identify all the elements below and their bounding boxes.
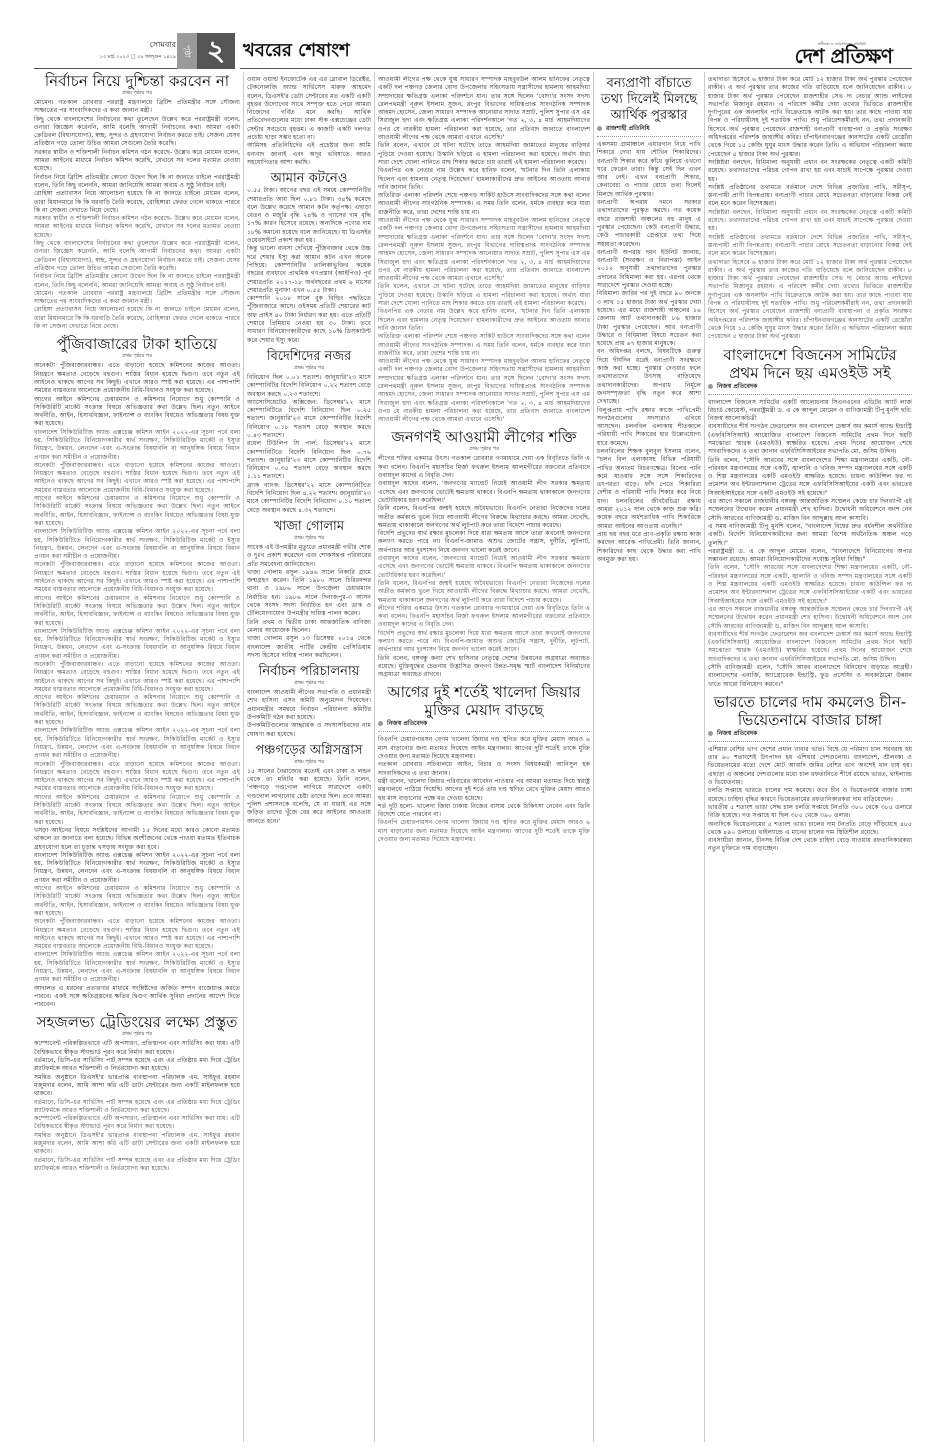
article-khaja: খাজা গোলাম প্রথম পৃষ্ঠার পর সাবেক এই উপম… xyxy=(247,519,371,660)
paragraph: ব্র্যাক ব্যাংক: ডিসেম্বর'২২ মাসে কোম্পান… xyxy=(247,482,371,515)
paragraph: আগের আইনে কমিশনের চেয়ারম্যান ও কমিশনার … xyxy=(34,396,240,429)
section-title: খবরের শেষাংশ xyxy=(243,40,350,62)
column-right: তথ্যদাতা হিসেবে ৬ হাজার টাকা করে মোট ১২ … xyxy=(708,76,912,1442)
column-divider xyxy=(374,72,375,1442)
headline: ভারতে চালের দাম কমলেও চীন-ভিয়েতনামে বাজ… xyxy=(708,693,912,729)
paragraph: মোমেন। গতকাল রোববার পররাষ্ট্র মন্ত্রণালয… xyxy=(34,290,240,307)
paragraph: অ্যাসোসিয়েটেড অক্সিজেন: ডিসেম্বর'২২ মাস… xyxy=(247,399,371,440)
paragraph: সৌদি বাণিজ্যমন্ত্রী বলেন, "সৌদি আরব বাংল… xyxy=(708,664,912,689)
continued-label: প্রথম পৃষ্ঠার পর xyxy=(34,90,240,97)
paragraph: রোহিঙ্গা প্রত্যাবাসন নিয়ে আলোচনা হয়েছে… xyxy=(34,190,240,215)
paragraph: চলনবিলের শিক্ষক বুলবুল ইসলাম বলেন, "চলন … xyxy=(597,448,701,531)
paragraph: বর্তমানে, ডিসি-এর সার্ভিসিং পার্ট সম্পন্… xyxy=(34,1057,240,1074)
paragraph: ব্যবসায়ীদের শীর্ষ সংগঠন ফেডারেশন অব বাং… xyxy=(708,631,912,664)
paragraph: ভারতীয় ৫ শতাংশ ভাঙা সেদ্ধ চাল চলতি সপ্ত… xyxy=(708,804,912,821)
paragraph: সংশ্লিষ্ট প্রতিষ্ঠানের তথ্যমতে বর্তমানে … xyxy=(708,234,912,259)
paragraph: এশিয়ার বেশির ভাগ দেশের প্রধান খাবার ভাত… xyxy=(708,746,912,787)
article-punjibazar: পুঁজিবাজারের টাকা হাতিয়ে প্রথম পৃষ্ঠার … xyxy=(34,335,240,1009)
column-divider xyxy=(704,72,705,1442)
paragraph: বিনিয়োগ ছিল ০.০১ শতাংশ। জানুয়ারি'২৩ মা… xyxy=(247,374,371,399)
page-number: ২ xyxy=(197,33,235,69)
paragraph: শর্ত দুটি হলো- খালেদা জিয়া ঢাকায় নিজের… xyxy=(378,803,590,820)
headline: বিদেশিদের নজর xyxy=(247,349,371,365)
paragraph: এর আগে সকালে রাজধানীর বঙ্গবন্ধু আন্তর্জা… xyxy=(708,606,912,631)
column-wildlife: বন্যপ্রাণী বাঁচাতে তথ্য দিলেই মিলছে আর্থ… xyxy=(597,76,701,1442)
paragraph: খাজা গোলাম রসুল ১৩ ডিসেম্বর ২০১৪ থেকে বা… xyxy=(247,635,371,660)
paragraph: বিএনপির এক নেতার নাম উল্লেখ করে হানিফ বল… xyxy=(378,167,590,192)
headline: নির্বাচন নিয়ে দুশ্চিন্তা করবেন না xyxy=(34,72,240,90)
paragraph: কিছু থেকে বাংলাদেশের নির্বাচনের কথা তুলে… xyxy=(34,116,240,149)
paragraph: কিন্তু ভালো ব্যবসা দেখিয়ে পুঁজিবাজার থে… xyxy=(247,245,371,295)
continued-label: প্রথম পৃষ্ঠার পর xyxy=(247,535,371,542)
continued-label: প্রথম পৃষ্ঠার পর xyxy=(34,1031,240,1038)
newspaper-logo: দেশ প্রতিক্ষণ xyxy=(776,45,911,67)
article-awami: আওয়ামী লীগের পক্ষ থেকে যুগ্ম সাধারণ সম্… xyxy=(378,76,590,424)
paragraph: আগের আইনে কমিশনের চেয়ারম্যান ও কমিশনার … xyxy=(34,495,240,528)
byline: রাজশাহী প্রতিনিধি xyxy=(597,124,701,137)
paragraph: এ সময় বাণিজ্যমন্ত্রী টিপু মুনশি বলেন, "… xyxy=(708,523,912,548)
paragraph: ১৫ সালের নৈরাজ্যের মতোই এবং ঢাকা ও লন্ডন… xyxy=(247,768,371,826)
masthead: সোমবার ১৩ মার্চ ২০২৩ □ ২৮ ফাল্গুন ১৪২৯ প… xyxy=(0,0,945,70)
paragraph: তথ্যদাতা হিসেবে ৬ হাজার টাকা করে মোট ১২ … xyxy=(708,76,912,159)
continued-label: প্রথম পৃষ্ঠার পর xyxy=(34,353,240,360)
paragraph: সমন্বিত অনুষ্ঠানে ডিএসই'র ভারপ্রাপ্ত ব্য… xyxy=(34,1074,240,1099)
paragraph: বিএনপির এক নেতার নাম উল্লেখ করে হানিফ বল… xyxy=(378,308,590,333)
header-rule xyxy=(240,68,912,69)
headline: বাংলাদেশে বিজনেস সামিটের প্রথম দিনে ছয় … xyxy=(708,346,912,382)
paragraph: অতিরিক্ত এলাকা পরিদর্শন শেষে পঞ্চগড় সার… xyxy=(378,192,590,217)
paragraph: তিনি বলেন, এখানে যে ঘটনা ঘটেছে তাতে আহমদ… xyxy=(378,283,590,308)
date-line: ১৩ মার্চ ২০২৩ □ ২৮ ফাল্গুন ১৪২৯ xyxy=(60,54,176,61)
paragraph: অনেকটা পুঁজিবাজারবান্ধব। এতে বাড়ানো হয়… xyxy=(34,761,240,794)
headline: পঞ্চগড়ের অগ্নিসন্ত্রাস xyxy=(247,743,371,759)
photo-caption: বাংলাদেশ বিজনেস সামিটের একটি আলোচনায় সি… xyxy=(708,399,912,424)
paragraph: আওয়ামী লীগের পক্ষ থেকে যুগ্ম সাধারণ সম্… xyxy=(378,217,590,283)
headline: বন্যপ্রাণী বাঁচাতে তথ্য দিলেই মিলছে আর্থ… xyxy=(597,76,701,124)
article-wildlife-continued: তথ্যদাতা হিসেবে ৬ হাজার টাকা করে মোট ১২ … xyxy=(708,76,912,342)
paragraph: আওয়ামী লীগের পক্ষ থেকে যুগ্ম সাধারণ সম্… xyxy=(378,358,590,424)
paragraph: সমন্বিত অনুষ্ঠানে ডিএসই'র ভারপ্রাপ্ত ব্য… xyxy=(34,1132,240,1157)
byline: নিজস্ব প্রতিবেদক xyxy=(708,729,912,742)
article-nirbachon-porichalona: নির্বাচন পরিচালনায় প্রথম পৃষ্ঠার পর বাং… xyxy=(247,664,371,739)
paragraph: সংশ্লিষ্টরা বলছেন, বিধিমালা অনুযায়ী প্র… xyxy=(708,159,912,184)
paragraph: কোম্পানি ২০১৮ সালে বুক বিল্ডিং পদ্ধতিতে … xyxy=(247,295,371,345)
paragraph: আদালত এ ধরনের প্রতারণার মাধ্যমে সংশ্লিষ্… xyxy=(34,985,240,1010)
paragraph: সরকার স্বাধীন ও শক্তিশালী নির্বাচন কমিশন… xyxy=(34,215,240,240)
continued-label: প্রথম পৃষ্ঠার পর xyxy=(247,759,371,766)
paragraph: অনেকটা পুঁজিবাজারবান্ধব। এতে বাড়ানো হয়… xyxy=(34,462,240,495)
headline: পুঁজিবাজারের টাকা হাতিয়ে xyxy=(34,335,240,353)
byline: নিজস্ব প্রতিবেদক xyxy=(378,719,590,732)
paragraph: অনেকটা পুঁজিবাজারবান্ধব। এতে বাড়ানো হয়… xyxy=(34,561,240,594)
article-bideshi: বিদেশিদের নজর প্রথম পৃষ্ঠার পর বিনিয়োগ … xyxy=(247,349,371,515)
paragraph: এর আগে সকালে রাজধানীর বঙ্গবন্ধু আন্তর্জা… xyxy=(708,498,912,523)
paragraph: ০.৫৫ টাকা। আগের বছর এই সময়ে কোম্পানিটির… xyxy=(247,187,371,245)
paragraph: বর্তমানে, ডিসি-এর সার্ভিসিং পার্ট সম্পন্… xyxy=(34,1099,240,1116)
column-center: আওয়ামী লীগের পক্ষ থেকে যুগ্ম সাধারণ সম্… xyxy=(378,76,590,1442)
paragraph: সংশ্লিষ্ট প্রতিষ্ঠানের তথ্যমতে বর্তমানে … xyxy=(708,184,912,209)
paragraph: তথ্যদাতা হিসেবে ৬ হাজার টাকা করে মোট ১২ … xyxy=(708,259,912,342)
paragraph: লীগের শক্তির একমাত্র উৎস। গতকাল রোববার গ… xyxy=(378,455,590,480)
paragraph: তিনি বলেন, এখানে যে ঘটনা ঘটেছে তাতে আহমদ… xyxy=(378,142,590,167)
weekday: সোমবার xyxy=(120,40,176,50)
paragraph: রোহিঙ্গা প্রত্যাবাসন নিয়ে আলোচনা হয়েছে… xyxy=(34,306,240,331)
paragraph: সংশ্লিষ্টরা বলছেন, বিধিমালা অনুযায়ী প্র… xyxy=(708,209,912,234)
paragraph: চলতি সপ্তাহে ভারতে চালের দাম কমেছে। তবে … xyxy=(708,787,912,804)
paragraph: উপকমিটিগুলোর আহ্বায়ক ও সদস্যসচিবদের নাম… xyxy=(247,722,371,739)
article-nirbachon: নির্বাচন নিয়ে দুশ্চিন্তা করবেন না প্রথম… xyxy=(34,72,240,331)
paragraph: মন্ত্রী বলেন, খালেদা জিয়ার পরিবারের আবে… xyxy=(378,778,590,803)
paragraph: আগের আইনে কমিশনের চেয়ারম্যান ও কমিশনার … xyxy=(34,694,240,727)
paragraph: বিলুপ্তপ্রায় পাখি রক্ষার কাজে পাখিপ্রেম… xyxy=(597,407,701,448)
headline: নির্বাচন পরিচালনায় xyxy=(247,664,371,680)
paragraph: বাংলাদেশ সিকিউরিটিজ অ্যান্ড এক্সচেঞ্জ কম… xyxy=(34,852,240,885)
paragraph: খসড়া আইনের বিষয়ে সংশ্লিষ্টদের আগামী ১৫… xyxy=(34,827,240,852)
paragraph: সাবেক এই উপমন্ত্রীর মৃত্যুতে প্রধানমন্ত্… xyxy=(247,544,371,569)
article-jonogon: জনগণই আওয়ামী লীগের শক্তি প্রথম পৃষ্ঠার … xyxy=(378,428,590,679)
paragraph: বন অধিদপ্তর বলছে, বিষয়টিকে গুরুত্ব দিয়… xyxy=(597,348,701,406)
paragraph: আগের আইনে কমিশনের চেয়ারম্যান ও কমিশনার … xyxy=(34,885,240,918)
paragraph: তিনি বলেন, "সৌদি আরবের সঙ্গে বাংলাদেশের … xyxy=(708,564,912,605)
paragraph: সরকার স্বাধীন ও শক্তিশালী নির্বাচন কমিশন… xyxy=(34,149,240,174)
paragraph: বাংলাদেশ সিকিউরিটিজ অ্যান্ড এক্সচেঞ্জ কম… xyxy=(34,429,240,462)
page-label: পৃষ্ঠা xyxy=(177,33,197,69)
paragraph: অন্যদিকে ভিয়েতনামের ৫ শতাংশ ভাঙা চালের … xyxy=(708,821,912,838)
headline: খাজা গোলাম xyxy=(247,519,371,535)
paragraph: মোমেন। গতকাল রোববার পররাষ্ট্র মন্ত্রণালয… xyxy=(34,99,240,116)
paragraph: বিধিমালা জারির পর দুই বছরে ৯০ জনকে ৩ লাখ… xyxy=(597,290,701,348)
paragraph: ব্যবসায়ীদের শীর্ষ সংগঠন ফেডারেশন অব বাং… xyxy=(708,423,912,456)
paragraph: বন্যপ্রাণী অপরাধ দমনে সরকার তথ্যদাতাদের … xyxy=(597,199,701,249)
paragraph: বাংলাদেশ সিকিউরিটিজ অ্যান্ড এক্সচেঞ্জ কম… xyxy=(34,528,240,561)
header-rule xyxy=(34,68,177,69)
column-divider xyxy=(593,72,594,1442)
paragraph: অনেকটা পুঁজিবাজারবান্ধব। এতে বাড়ানো হয়… xyxy=(34,661,240,694)
article-sohojlobhyo: সহজলভ্য ট্রেডিংয়ের লক্ষ্যে প্রস্তুত প্র… xyxy=(34,1013,240,1173)
paragraph: পররাষ্ট্রমন্ত্রী ড. এ কে আব্দুল মোমেন বল… xyxy=(708,548,912,565)
article-amon: আমান কটনেও ০.৫৫ টাকা। আগের বছর এই সময়ে … xyxy=(247,171,371,345)
paragraph: অতিরিক্ত এলাকা পরিদর্শন শেষে পঞ্চগড় সার… xyxy=(378,333,590,358)
article-khaleda: আগের দুই শর্তেই খালেদা জিয়ার মুক্তির মে… xyxy=(378,683,590,844)
continued-label: প্রথম পৃষ্ঠার পর xyxy=(247,365,371,372)
paragraph: বন্যপ্রাণী অপরাধ দমন ইউনিট জানায়, বন্যপ… xyxy=(597,249,701,290)
paragraph: ওয়ান ওয়ার্ল্ড ইনফোটেক এর এর গ্লোবাল ডি… xyxy=(247,76,371,142)
article-business-summit: বাংলাদেশে বিজনেস সামিটের প্রথম দিনে ছয় … xyxy=(708,346,912,689)
paragraph: আওয়ামী লীগের পক্ষ থেকে যুগ্ম সাধারণ সম্… xyxy=(378,76,590,142)
paragraph: গতকাল রোববার সচিবালয়ে আইন, বিচার ও সংসদ… xyxy=(378,761,590,778)
paragraph: খাজা গোলাম রসুল ১৯৪৬ সালে নিকারি গ্রামে … xyxy=(247,569,371,619)
article-ponchogor: পঞ্চগড়ের অগ্নিসন্ত্রাস প্রথম পৃষ্ঠার পর… xyxy=(247,743,371,826)
paragraph: ব্যবসায়ীরা জানান, চীনসহ বিভিন্ন দেশ থেক… xyxy=(708,837,912,854)
paragraph: ওবায়দুল কাদের বলেন, 'জনগণের ম্যান্ডেট ন… xyxy=(378,480,590,505)
paragraph: লীগের শক্তির একমাত্র উৎস। গতকাল রোববার গ… xyxy=(378,605,590,630)
column-divider xyxy=(243,72,244,1442)
headline: সহজলভ্য ট্রেডিংয়ের লক্ষ্যে প্রস্তুত xyxy=(34,1013,240,1031)
paragraph: বিএনপি চেয়ারপারসন বেগম খালেদা জিয়ার দণ… xyxy=(378,819,590,844)
paragraph: তিনি বলেন, বিএনপির জন্মই হয়েছে অবৈধভাবে… xyxy=(378,580,590,605)
article-rice: ভারতে চালের দাম কমলেও চীন-ভিয়েতনামে বাজ… xyxy=(708,693,912,854)
paragraph: বিদেশি প্রভুদের স্বার্থ রক্ষার মুচলেকা দ… xyxy=(378,630,590,655)
paragraph: তিনি প্রথম ও দ্বিতীয় ঢাকা আন্তর্জাতিক ব… xyxy=(247,619,371,636)
paragraph: কম্পোনেন্ট পরিকল্পিতভাবে এটি অপসারণ, প্র… xyxy=(34,1115,240,1132)
paragraph: আমিসহ প্রতিনিধিদের এই প্রচেষ্টার জন্য আম… xyxy=(247,142,371,167)
paragraph: বাংলাদেশ সিকিউরিটিজ অ্যান্ড এক্সচেঞ্জ কম… xyxy=(34,951,240,984)
column-narrow: ওয়ান ওয়ার্ল্ড ইনফোটেক এর এর গ্লোবাল ডি… xyxy=(247,76,371,1442)
headline: আমান কটনেও xyxy=(247,171,371,187)
paragraph: নির্বাচন নিয়ে ব্রিটিশ প্রতিমন্ত্রীর কোন… xyxy=(34,174,240,191)
paragraph: ওবায়দুল কাদের বলেন, 'জনগণের ম্যান্ডেট ন… xyxy=(378,555,590,580)
headline: জনগণই আওয়ামী লীগের শক্তি xyxy=(378,428,590,446)
paragraph: আগের আইনে কমিশনের চেয়ারম্যান ও কমিশনার … xyxy=(34,794,240,827)
headline: আগের দুই শর্তেই খালেদা জিয়ার মুক্তির মে… xyxy=(378,683,590,719)
continued-label: প্রথম পৃষ্ঠার পর xyxy=(247,680,371,687)
paragraph: প্রায় ছয় বছর ধরে প্রাণ-প্রকৃতি রক্ষায়… xyxy=(597,531,701,564)
paragraph: আগের আইনে কমিশনের চেয়ারম্যান ও কমিশনার … xyxy=(34,595,240,628)
paragraph: তিনি বলেন, "সৌদি আরবের সঙ্গে বাংলাদেশের … xyxy=(708,457,912,498)
paragraph: রয়েল টিউলিপ সি পার্ল: ডিসেম্বর'২২ মাসে … xyxy=(247,440,371,481)
paragraph: কিছু থেকে বাংলাদেশের নির্বাচনের কথা তুলে… xyxy=(34,240,240,273)
continued-label: প্রথম পৃষ্ঠার পর xyxy=(378,446,590,453)
paragraph: বিদেশি প্রভুদের স্বার্থ রক্ষার মুচলেকা দ… xyxy=(378,530,590,555)
paragraph: কম্পোনেন্ট পরিকল্পিতভাবে এটি অপসারণ, প্র… xyxy=(34,1040,240,1057)
paragraph: নির্বাচন নিয়ে ব্রিটিশ প্রতিমন্ত্রীর কোন… xyxy=(34,273,240,290)
paragraph: তিনি বলেন, বঙ্গবন্ধু কন্যা শেখ হাসিনার ন… xyxy=(378,655,590,680)
paragraph: একসময় গ্রামাঞ্চলে এয়ারগান নিয়ে পাখি শ… xyxy=(597,141,701,199)
paragraph: অনেকটা পুঁজিবাজারবান্ধব। এতে বাড়ানো হয়… xyxy=(34,362,240,395)
paragraph: বাংলাদেশ সিকিউরিটিজ অ্যান্ড এক্সচেঞ্জ কম… xyxy=(34,727,240,760)
column-left: নির্বাচন নিয়ে দুশ্চিন্তা করবেন না প্রথম… xyxy=(34,72,240,1442)
paragraph: বাংলাদেশ আওয়ামী লীগের সভাপতি ও প্রধানমন… xyxy=(247,689,371,722)
paragraph: অনেকটা পুঁজিবাজারবান্ধব। এতে বাড়ানো হয়… xyxy=(34,918,240,951)
paragraph: বাংলাদেশ সিকিউরিটিজ অ্যান্ড এক্সচেঞ্জ কম… xyxy=(34,628,240,661)
paragraph: বিএনপি চেয়ারপারসন বেগম খালেদা জিয়ার দণ… xyxy=(378,736,590,761)
paragraph: তিনি বলেন, বিএনপির জন্মই হয়েছে অবৈধভাবে… xyxy=(378,505,590,530)
paragraph: বর্তমানে, ডিসি-এর সার্ভিসিং পার্ট সম্পন্… xyxy=(34,1157,240,1174)
byline: নিজস্ব প্রতিবেদক xyxy=(708,382,912,395)
